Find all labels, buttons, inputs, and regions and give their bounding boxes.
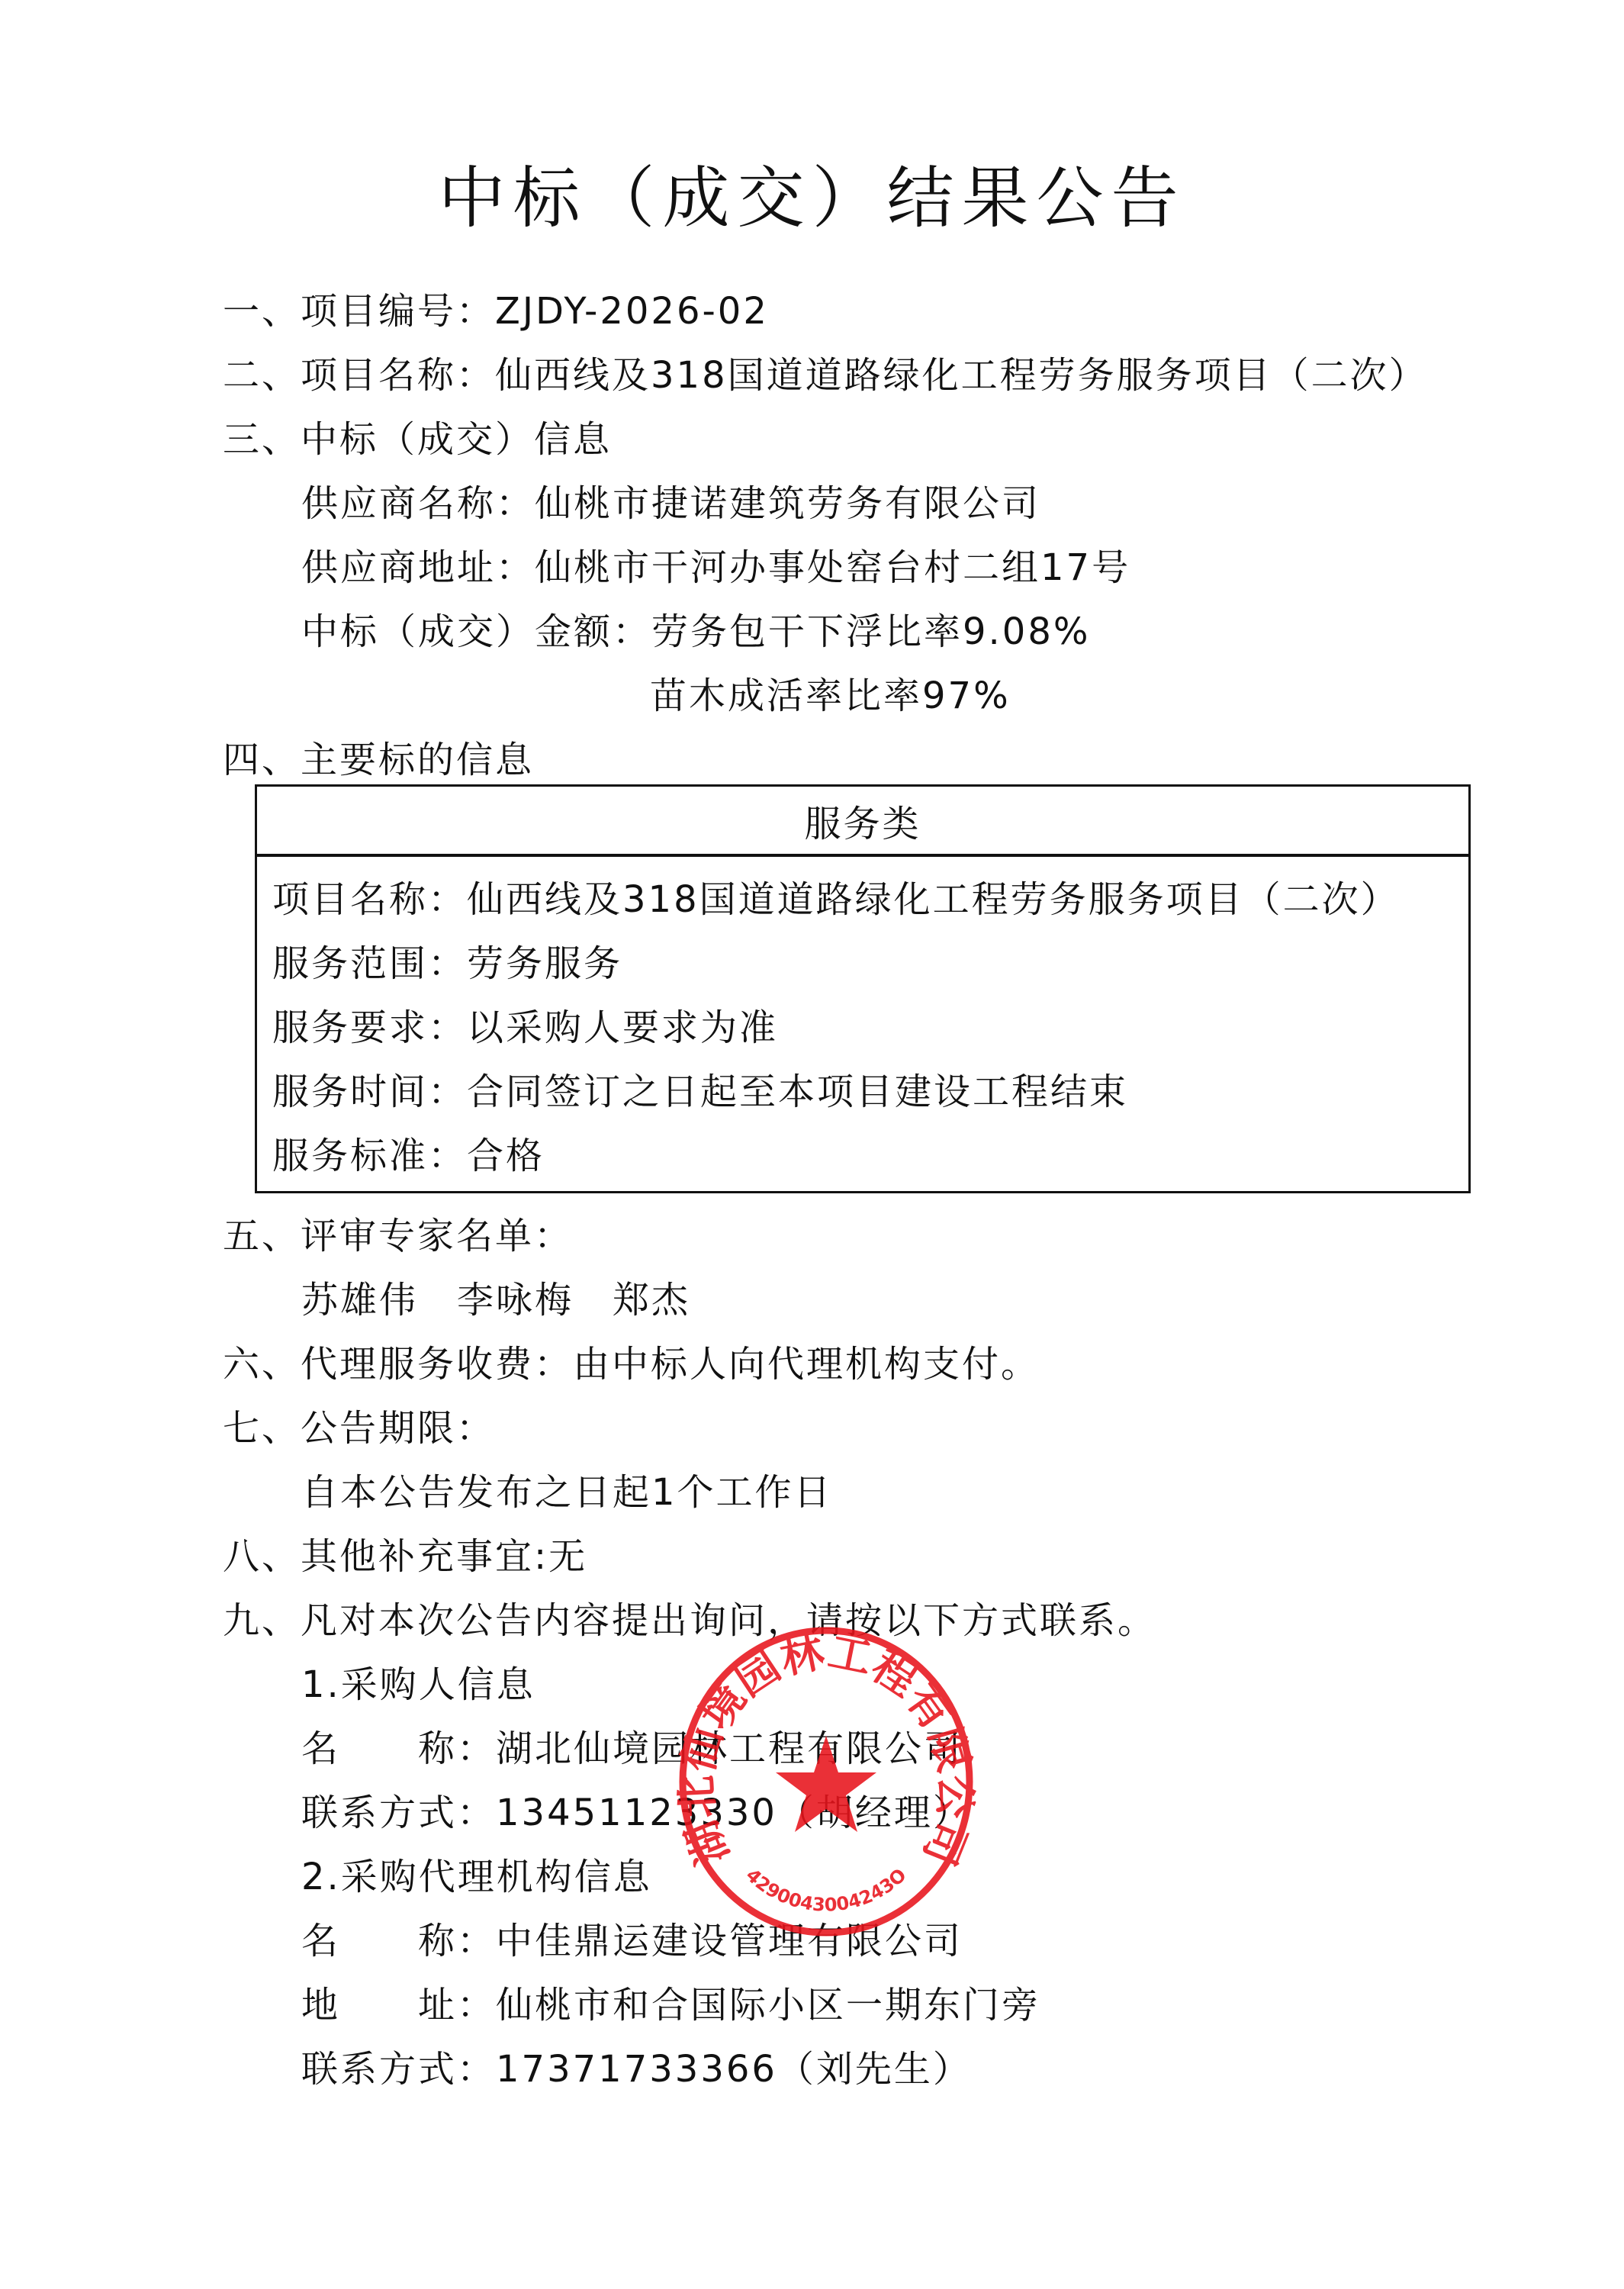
page-title: 中标（成交）结果公告 [0,145,1624,241]
table-row: 服务要求：以采购人要求为准 [272,1005,778,1051]
experts-list: 苏雄伟 李咏梅 郑杰 [301,1277,690,1323]
main-subject-heading: 四、主要标的信息 [223,737,534,783]
table-row: 服务标准：合格 [272,1133,545,1179]
award-info-heading: 三、中标（成交）信息 [223,417,612,462]
agency-name: 名 称：中佳鼎运建设管理有限公司 [301,1918,963,1964]
table-header: 服务类 [257,787,1468,857]
purchaser-name: 名 称：湖北仙境园林工程有限公司 [301,1726,963,1772]
award-amount: 中标（成交）金额：劳务包干下浮比率9.08% [301,609,1091,655]
subject-info-table: 服务类 项目名称：仙西线及318国道道路绿化工程劳务服务项目（二次） 服务范围：… [255,784,1471,1193]
agency-address: 地 址：仙桃市和合国际小区一期东门旁 [301,1982,1040,2028]
notice-period-heading: 七、公告期限： [223,1405,495,1451]
table-row: 服务范围：劳务服务 [272,941,622,987]
agency-heading: 2.采购代理机构信息 [301,1854,652,1900]
seal-code: 4290043004243O [741,1864,910,1915]
other-matters: 八、其他补充事宜:无 [223,1534,587,1579]
award-amount-survival-rate: 苗木成活率比率97% [650,673,1011,719]
contact-heading: 九、凡对本次公告内容提出询问，请按以下方式联系。 [223,1598,1156,1644]
announcement-page: 中标（成交）结果公告 一、项目编号：ZJDY-2026-02 二、项目名称：仙西… [0,0,1624,2289]
agency-contact: 联系方式：17371733366（刘先生） [301,2046,972,2092]
notice-period: 自本公告发布之日起1个工作日 [301,1470,833,1515]
supplier-address: 供应商地址：仙桃市干河办事处窑台村二组17号 [301,545,1130,591]
company-seal-stamp: 湖北仙境园林工程有限公司 4290043004243O [674,1621,979,1942]
project-name: 二、项目名称：仙西线及318国道道路绿化工程劳务服务项目（二次） [223,353,1428,398]
supplier-name: 供应商名称：仙桃市捷诺建筑劳务有限公司 [301,481,1040,526]
project-number: 一、项目编号：ZJDY-2026-02 [223,288,769,334]
table-row: 项目名称：仙西线及318国道道路绿化工程劳务服务项目（二次） [272,877,1400,922]
purchaser-heading: 1.采购人信息 [301,1662,535,1708]
agency-fee: 六、代理服务收费：由中标人向代理机构支付。 [223,1341,1040,1387]
table-row: 服务时间：合同签订之日起至本项目建设工程结束 [272,1069,1128,1115]
experts-heading: 五、评审专家名单： [223,1213,573,1259]
purchaser-contact: 联系方式：13451123330（胡经理） [301,1790,972,1836]
